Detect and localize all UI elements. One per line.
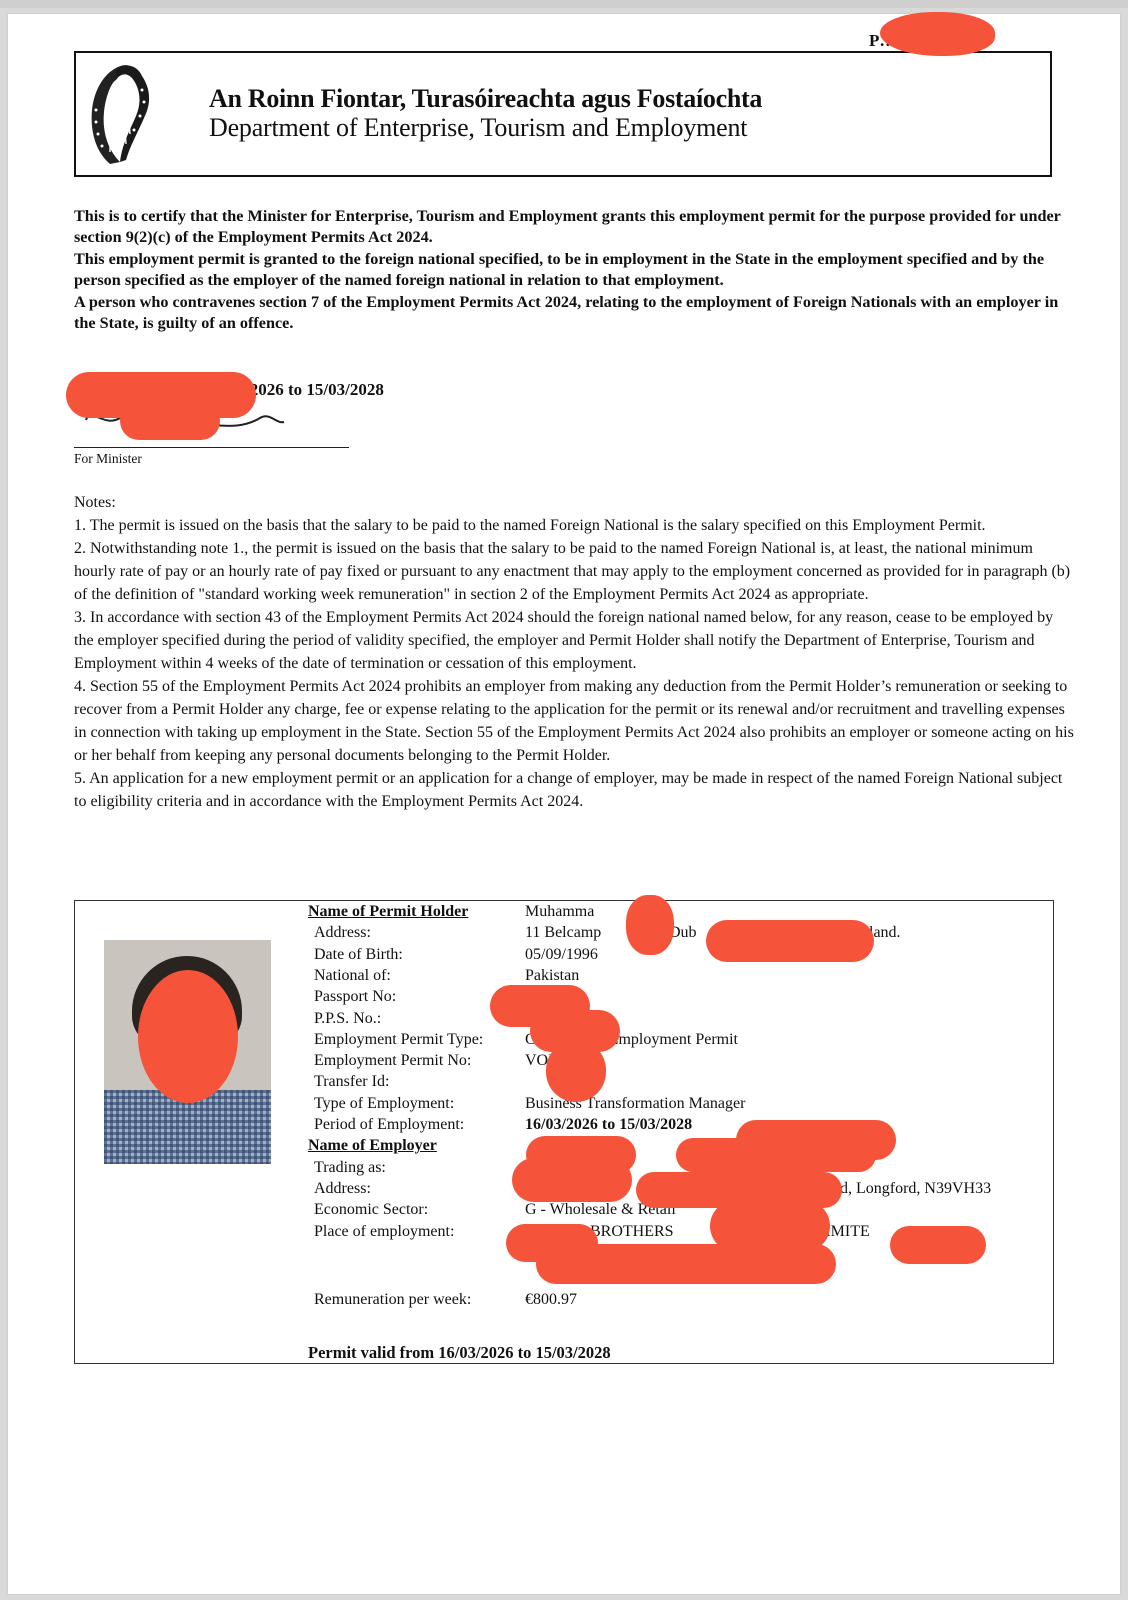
remuneration-row: Remuneration per week: €800.97 <box>314 1291 471 1309</box>
certification-paragraph: This employment permit is granted to the… <box>74 249 1064 292</box>
remuneration-label: Remuneration per week: <box>314 1291 471 1308</box>
field-value-fragment: BROTHERS <box>590 1223 674 1241</box>
field-label: Trading as: <box>314 1159 386 1177</box>
field-label: Name of Permit Holder <box>308 903 468 921</box>
permit-valid-footer: Permit valid from 16/03/2026 to 15/03/20… <box>308 1343 611 1363</box>
redaction-mark <box>546 1040 606 1102</box>
field-label: Passport No: <box>314 988 396 1006</box>
field-label: P.P.S. No.: <box>314 1010 381 1028</box>
field-label: Name of Employer <box>308 1137 437 1155</box>
field-value: 05/09/1996 <box>525 946 598 964</box>
redaction-mark <box>880 12 995 56</box>
note-item: 4. Section 55 of the Employment Permits … <box>74 675 1074 767</box>
redaction-mark <box>626 895 674 955</box>
field-label: Employment Permit No: <box>314 1052 471 1070</box>
field-label: Address: <box>314 924 371 942</box>
certification-paragraph: A person who contravenes section 7 of th… <box>74 292 1064 335</box>
field-value: Muhamma <box>525 903 594 921</box>
field-label: Place of employment: <box>314 1223 454 1241</box>
redaction-mark <box>890 1226 986 1264</box>
field-value: 16/03/2026 to 15/03/2028 <box>525 1116 692 1134</box>
field-value: 11 Belcamp <box>525 924 601 942</box>
redaction-mark <box>120 402 220 440</box>
signature-line <box>74 447 349 448</box>
certification-paragraph: This is to certify that the Minister for… <box>74 206 1064 249</box>
certification-statement: This is to certify that the Minister for… <box>74 206 1064 334</box>
field-label: Period of Employment: <box>314 1116 464 1134</box>
note-item: 3. In accordance with section 43 of the … <box>74 606 1074 675</box>
harp-emblem-icon <box>86 60 158 170</box>
field-value: Pakistan <box>525 967 579 985</box>
note-item: 1. The permit is issued on the basis tha… <box>74 514 1074 537</box>
redaction-mark <box>536 1244 836 1284</box>
note-item: 5. An application for a new employment p… <box>74 767 1074 813</box>
notes-heading: Notes: <box>74 491 1074 514</box>
viewer-top-bar <box>0 0 1128 8</box>
field-value-fragment: d, Longford, N39VH33 <box>840 1180 991 1198</box>
notes-section: Notes: 1. The permit is issued on the ba… <box>74 491 1074 813</box>
department-title-irish: An Roinn Fiontar, Turasóireachta agus Fo… <box>209 84 762 114</box>
field-label: National of: <box>314 967 391 985</box>
redaction-mark <box>512 1158 632 1202</box>
redaction-mark <box>706 920 874 962</box>
face-redaction <box>138 970 238 1103</box>
field-label: Transfer Id: <box>314 1073 389 1091</box>
field-label: Address: <box>314 1180 371 1198</box>
permit-holder-photo <box>104 940 271 1164</box>
field-label: Date of Birth: <box>314 946 403 964</box>
remuneration-value: €800.97 <box>525 1291 577 1309</box>
department-title-english: Department of Enterprise, Tourism and Em… <box>209 113 747 143</box>
field-value: Business Transformation Manager <box>525 1095 745 1113</box>
field-label: Type of Employment: <box>314 1095 454 1113</box>
note-item: 2. Notwithstanding note 1., the permit i… <box>74 537 1074 606</box>
field-label: Employment Permit Type: <box>314 1031 483 1049</box>
field-label: Economic Sector: <box>314 1201 428 1219</box>
redaction-mark <box>676 1138 876 1172</box>
for-minister-caption: For Minister <box>74 451 142 467</box>
